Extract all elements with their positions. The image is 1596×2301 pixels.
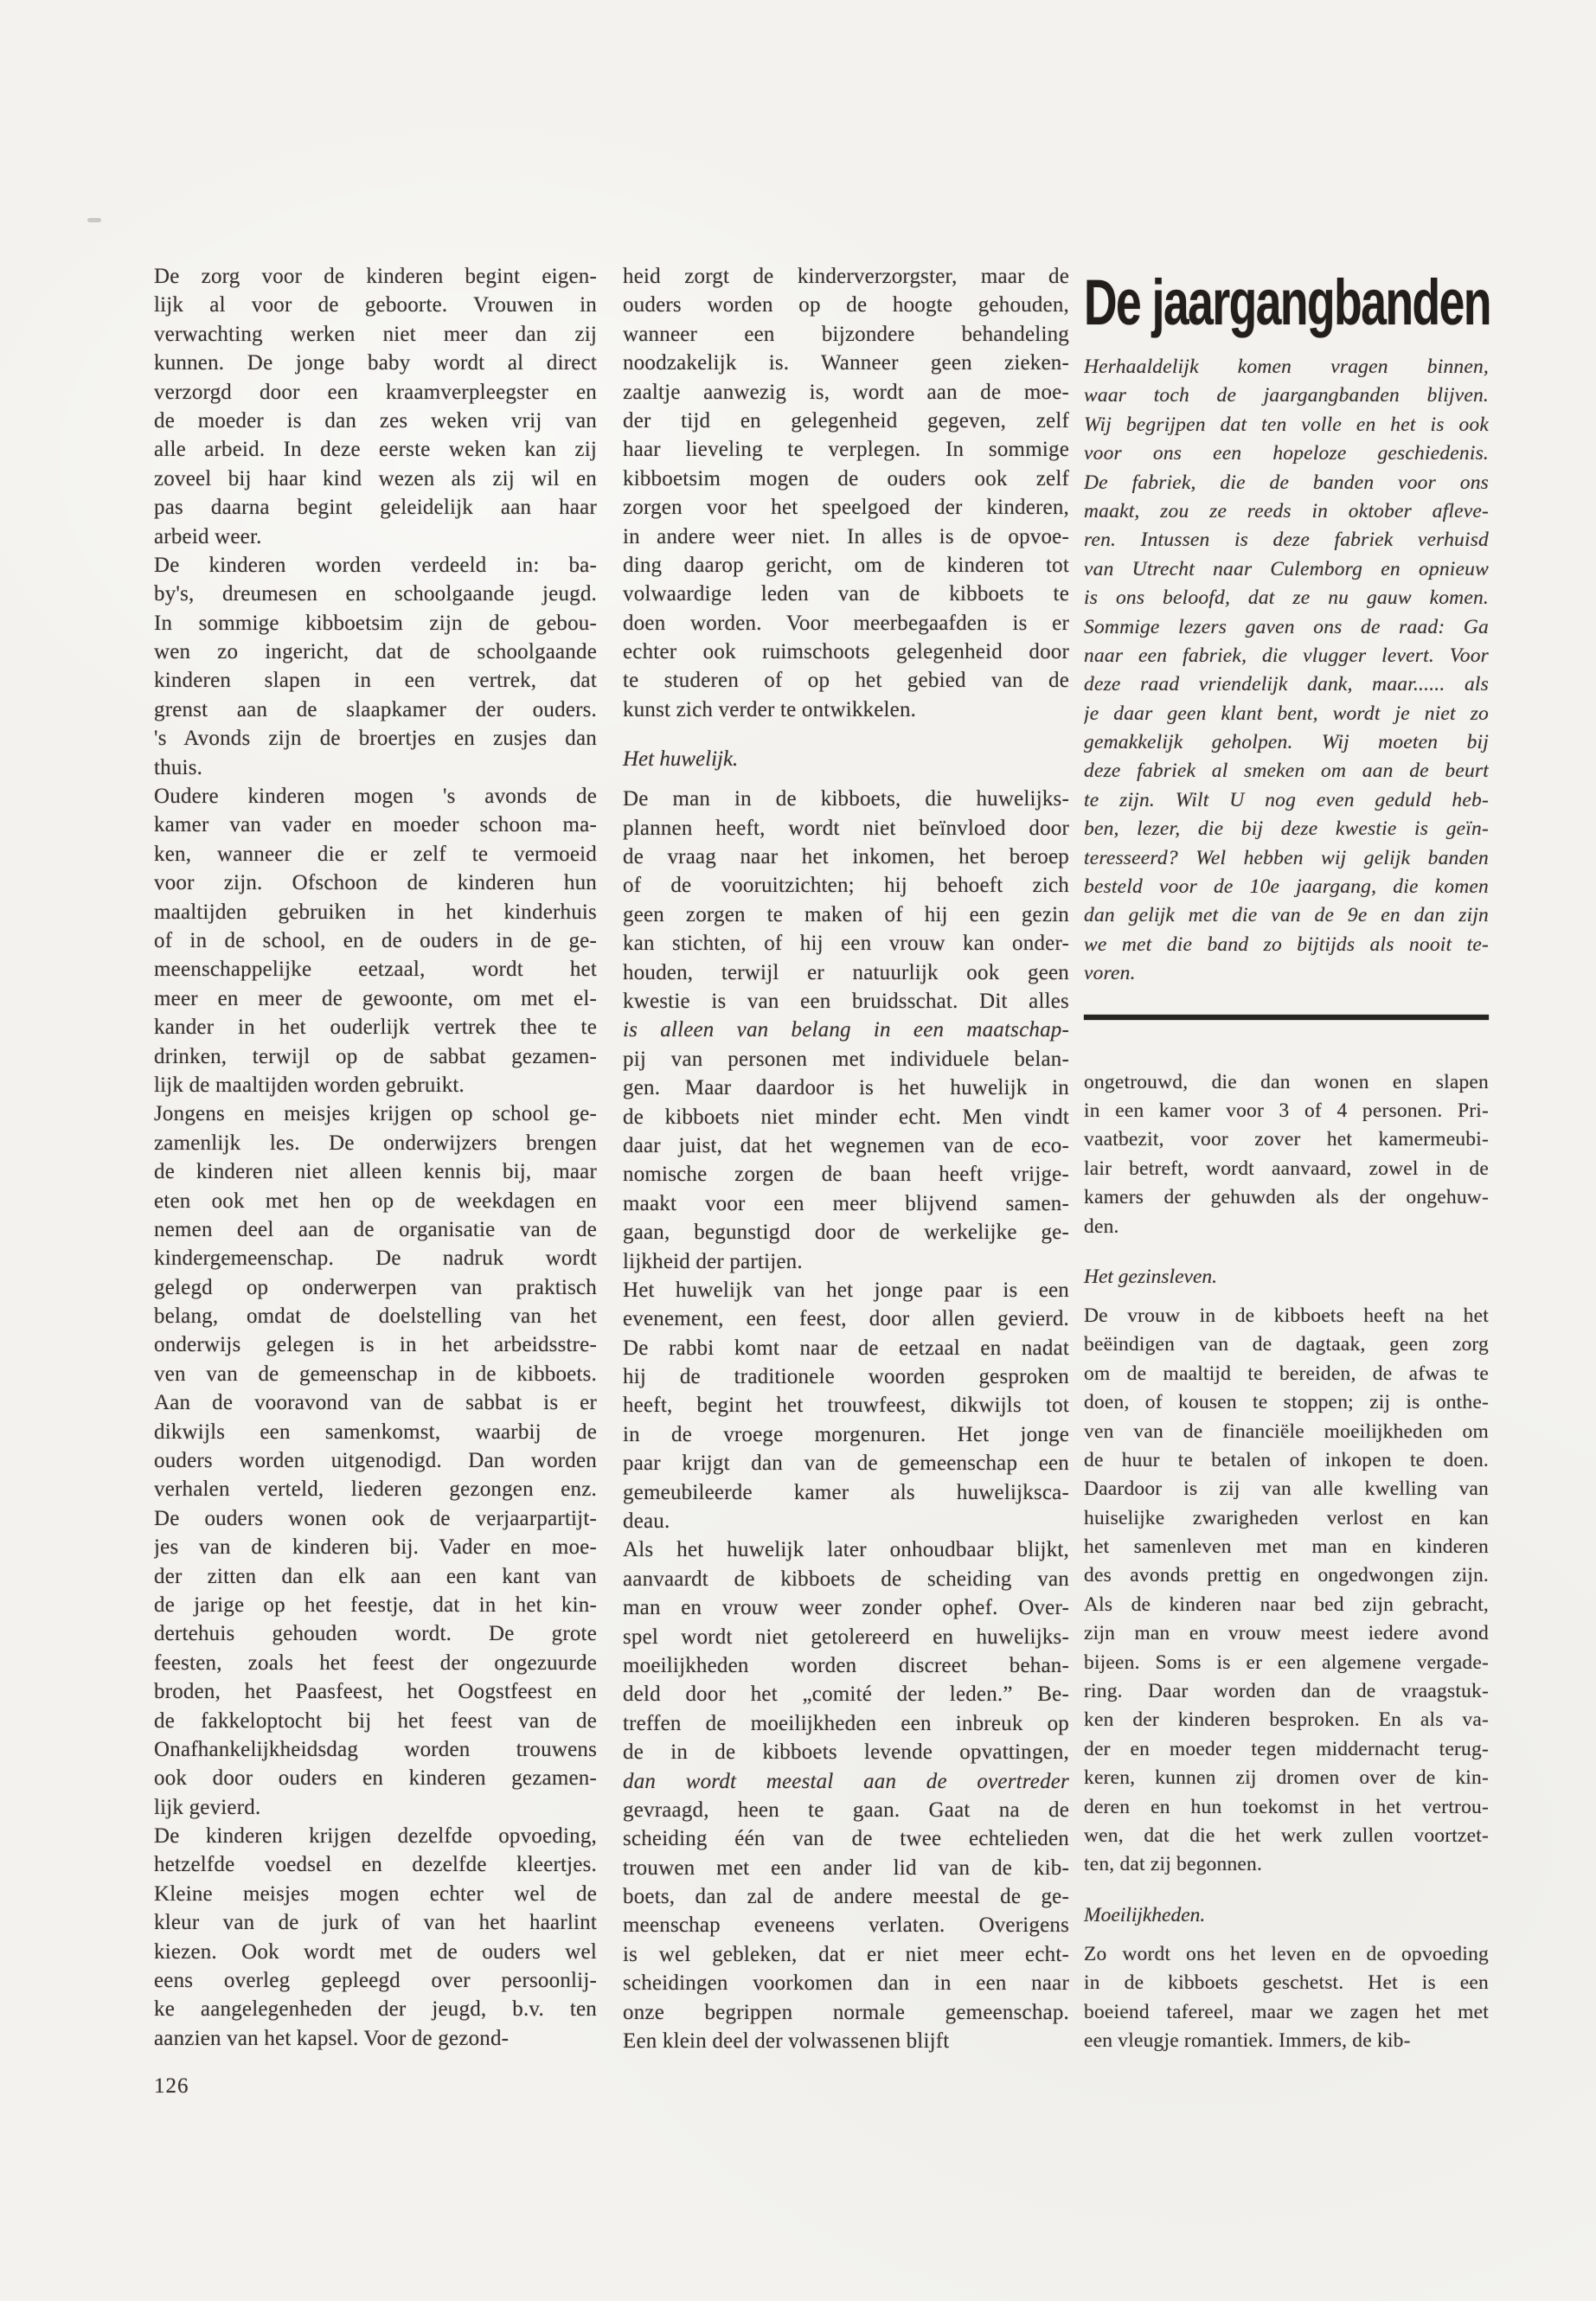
text-line: beëindigen van de dagtaak, geen zorg bbox=[1084, 1330, 1489, 1359]
text-line: ben, lezer, die bij deze kwestie is geïn… bbox=[1084, 815, 1489, 843]
text-line: Zo wordt ons het leven en de opvoeding bbox=[1084, 1940, 1489, 1969]
paragraph: Als het huwelijk later onhoudbaar blijkt… bbox=[623, 1535, 1069, 2055]
text-line: De kinderen krijgen dezelfde opvoeding, bbox=[154, 1822, 597, 1850]
text-line: De ouders wonen ook de verjaarpartijt- bbox=[154, 1504, 597, 1533]
text-line: plannen heeft, wordt niet beïnvloed door bbox=[623, 814, 1069, 843]
text-line: lair betreft, wordt aanvaard, zowel in d… bbox=[1084, 1155, 1489, 1183]
text-line: ouders worden op de hoogte gehouden, bbox=[623, 291, 1069, 319]
text-line: der en moeder tegen middernacht terug- bbox=[1084, 1735, 1489, 1764]
text-line: feesten, zoals het feest der ongezuurde bbox=[154, 1649, 597, 1677]
text-line: den. bbox=[1084, 1213, 1489, 1241]
text-line: boeiend tafereel, maar we zagen het met bbox=[1084, 1998, 1489, 2027]
text-line: meenschappelijke eetzaal, wordt het bbox=[154, 955, 597, 984]
text-line: volwaardige leden van de kibboets te bbox=[623, 580, 1069, 608]
text-line: kibboetsim mogen de ouders ook zelf bbox=[623, 465, 1069, 493]
text-line: kleur van de jurk of van het haarlint bbox=[154, 1908, 597, 1937]
section-heading: Het gezinsleven. bbox=[1084, 1262, 1489, 1292]
text-line: ken der kinderen besproken. En als va- bbox=[1084, 1706, 1489, 1734]
text-line: Jongens en meisjes krijgen op school ge- bbox=[154, 1099, 597, 1128]
text-line: te zijn. Wilt U nog even geduld heb- bbox=[1084, 786, 1489, 815]
text-line: drinken, terwijl op de sabbat gezamen- bbox=[154, 1042, 597, 1071]
text-line: moeilijkheden worden discreet behan- bbox=[623, 1651, 1069, 1680]
text-line: verzorgd door een kraamverpleegster en bbox=[154, 378, 597, 407]
text-line: houden, terwijl er natuurlijk ook geen bbox=[623, 958, 1069, 987]
text-line: in een kamer voor 3 of 4 personen. Pri- bbox=[1084, 1097, 1489, 1125]
magazine-page: De zorg voor de kinderen begint eigen-li… bbox=[0, 0, 1596, 2301]
text-line: in de vroege morgenuren. Het jonge bbox=[623, 1420, 1069, 1449]
text-line: keren, kunnen zij dromen over de kin- bbox=[1084, 1764, 1489, 1792]
text-line: meer en meer de gewoonte, om met el- bbox=[154, 984, 597, 1013]
text-line: voor zijn. Ofschoon de kinderen hun bbox=[154, 868, 597, 897]
text-line: Herhaaldelijk komen vragen binnen, bbox=[1084, 353, 1489, 381]
text-line: deau. bbox=[623, 1507, 1069, 1535]
text-line: gelegd op onderwerpen van praktisch bbox=[154, 1273, 597, 1302]
text-line: De fabriek, die de banden voor ons bbox=[1084, 469, 1489, 497]
paragraph: Oudere kinderen mogen 's avonds dekamer … bbox=[154, 782, 597, 1099]
text-line: in de kibboets geschetst. Het is een bbox=[1084, 1969, 1489, 1997]
scan-speck-artifact bbox=[87, 218, 101, 222]
text-line: wen, dat die het werk zullen voortzet- bbox=[1084, 1822, 1489, 1850]
text-line: broden, het Paasfeest, het Oogstfeest en bbox=[154, 1677, 597, 1706]
text-line: kiezen. Ook wordt met de ouders wel bbox=[154, 1938, 597, 1966]
text-line: is alleen van belang in een maatschap- bbox=[623, 1016, 1069, 1044]
text-line: De kinderen worden verdeeld in: ba- bbox=[154, 551, 597, 580]
text-line: zijn man en vrouw meest iedere avond bbox=[1084, 1619, 1489, 1648]
text-line: kander in het ouderlijk vertrek thee te bbox=[154, 1013, 597, 1042]
text-line: deze fabriek al smeken om aan de beurt bbox=[1084, 757, 1489, 785]
text-line: maakt, zou ze reeds in oktober afleve- bbox=[1084, 497, 1489, 526]
text-line: de moeder is dan zes weken vrij van bbox=[154, 407, 597, 435]
paragraph: De zorg voor de kinderen begint eigen-li… bbox=[154, 262, 597, 551]
text-line: alle arbeid. In deze eerste weken kan zi… bbox=[154, 435, 597, 464]
text-line: besteld voor de 10e jaargang, die komen bbox=[1084, 873, 1489, 901]
text-line: de in de kibboets levende opvattingen, bbox=[623, 1738, 1069, 1766]
text-line: Oudere kinderen mogen 's avonds de bbox=[154, 782, 597, 811]
text-line: kunst zich verder te ontwikkelen. bbox=[623, 695, 1069, 724]
text-line: verwachting werken niet meer dan zij bbox=[154, 320, 597, 349]
paragraph: De vrouw in de kibboets heeft na hetbeëi… bbox=[1084, 1302, 1489, 1880]
text-line: doen, of kousen te stoppen; zij is onthe… bbox=[1084, 1388, 1489, 1417]
text-line: treffen de moeilijkheden een inbreuk op bbox=[623, 1709, 1069, 1738]
text-line: aanzien van het kapsel. Voor de gezond- bbox=[154, 2024, 597, 2053]
text-line: De man in de kibboets, die huwelijks- bbox=[623, 785, 1069, 813]
text-line: scheiding één van de twee echtelieden bbox=[623, 1824, 1069, 1853]
paragraph: Herhaaldelijk komen vragen binnen,waar t… bbox=[1084, 353, 1489, 989]
text-line: daar juist, dat het wegnemen van de eco- bbox=[623, 1131, 1069, 1160]
text-line: lijk al voor de geboorte. Vrouwen in bbox=[154, 291, 597, 319]
text-line: kan stichten, of hij een vrouw kan onder… bbox=[623, 929, 1069, 958]
text-line: onze begrippen normale gemeenschap. bbox=[623, 1998, 1069, 2027]
sidebar-article-title: De jaargangbanden bbox=[1084, 268, 1375, 337]
text-line: is ons beloofd, dat ze nu gauw komen. bbox=[1084, 584, 1489, 612]
text-line: ding daarop gericht, om de kinderen tot bbox=[623, 551, 1069, 580]
text-line: ren. Intussen is deze fabriek verhuisd bbox=[1084, 526, 1489, 554]
page-number: 126 bbox=[154, 2074, 189, 2099]
text-line: zamenlijk les. De onderwijzers brengen bbox=[154, 1129, 597, 1157]
text-line: pas daarna begint geleidelijk aan haar bbox=[154, 493, 597, 522]
text-line: dertehuis gehouden wordt. De grote bbox=[154, 1619, 597, 1648]
text-line: ven van de financiële moeilijkheden om bbox=[1084, 1418, 1489, 1446]
text-line: dikwijls een samenkomst, waarbij de bbox=[154, 1418, 597, 1446]
paragraph: De kinderen worden verdeeld in: ba-by's,… bbox=[154, 551, 597, 782]
text-line: wen zo ingericht, dat de schoolgaande bbox=[154, 638, 597, 666]
text-line: nemen deel aan de organisatie van de bbox=[154, 1215, 597, 1244]
text-line: De vrouw in de kibboets heeft na het bbox=[1084, 1302, 1489, 1330]
text-line: spel wordt niet getolereerd en huwelijks… bbox=[623, 1623, 1069, 1651]
divider-rule bbox=[1084, 1015, 1489, 1020]
text-line: Kleine meisjes mogen echter wel de bbox=[154, 1880, 597, 1908]
text-line: der zitten dan elk aan een kant van bbox=[154, 1562, 597, 1591]
text-line: Als het huwelijk later onhoudbaar blijkt… bbox=[623, 1535, 1069, 1564]
text-line: voor ons een hopeloze geschiedenis. bbox=[1084, 439, 1489, 468]
text-line: kinderen slapen in een vertrek, dat bbox=[154, 666, 597, 695]
section-heading: Het huwelijk. bbox=[623, 745, 1069, 774]
text-line: ke aangelegenheden der jeugd, b.v. ten bbox=[154, 1995, 597, 2023]
text-line: of de vooruitzichten; hij behoeft zich bbox=[623, 871, 1069, 900]
text-line: des avonds prettig en ongedwongen zijn. bbox=[1084, 1561, 1489, 1590]
text-line: dan wordt meestal aan de overtreder bbox=[623, 1767, 1069, 1796]
text-line: 's Avonds zijn de broertjes en zusjes da… bbox=[154, 724, 597, 753]
text-line: in andere weer niet. In alles is de opvo… bbox=[623, 522, 1069, 551]
text-line: we met die band zo bijtijds als nooit te… bbox=[1084, 931, 1489, 959]
sidebar-article-body: Herhaaldelijk komen vragen binnen,waar t… bbox=[1084, 353, 1489, 2055]
text-line: ook door ouders en kinderen gezamen- bbox=[154, 1764, 597, 1792]
paragraph: De kinderen krijgen dezelfde opvoeding,h… bbox=[154, 1822, 597, 2053]
text-line: te studeren of op het gebied van de bbox=[623, 666, 1069, 695]
text-line: grenst aan de slaapkamer der ouders. bbox=[154, 695, 597, 724]
text-line: thuis. bbox=[154, 753, 597, 782]
text-line: ten, dat zij begonnen. bbox=[1084, 1850, 1489, 1879]
text-line: de kibboets niet minder echt. Men vindt bbox=[623, 1103, 1069, 1131]
text-line: nomische zorgen de baan heeft vrijge- bbox=[623, 1160, 1069, 1189]
text-line: een vleugje romantiek. Immers, de kib- bbox=[1084, 2027, 1489, 2055]
paragraph: Het huwelijk van het jonge paar is eenev… bbox=[623, 1276, 1069, 1536]
right-sidebar-column: De jaargangbanden Herhaaldelijk komen vr… bbox=[1084, 268, 1489, 2055]
text-line: aanvaardt de kibboets de scheiding van bbox=[623, 1565, 1069, 1593]
text-line: gemeubileerde kamer als huwelijksca- bbox=[623, 1478, 1069, 1507]
text-line: kunnen. De jonge baby wordt al direct bbox=[154, 349, 597, 377]
text-line: deld door het „comité der leden.” Be- bbox=[623, 1680, 1069, 1708]
text-line: maaltijden gebruiken in het kinderhuis bbox=[154, 898, 597, 926]
text-line: gevraagd, heen te gaan. Gaat na de bbox=[623, 1796, 1069, 1824]
text-line: het samenleven met man en kinderen bbox=[1084, 1533, 1489, 1561]
text-line: teresseerd? Wel hebben wij gelijk banden bbox=[1084, 844, 1489, 873]
text-line: De zorg voor de kinderen begint eigen- bbox=[154, 262, 597, 291]
text-line: man en vrouw weer zonder ophef. Over- bbox=[623, 1593, 1069, 1622]
text-line: deren en hun toekomst in het vertrou- bbox=[1084, 1793, 1489, 1822]
text-line: ouders worden uitgenodigd. Dan worden bbox=[154, 1446, 597, 1475]
text-line: Als de kinderen naar bed zijn gebracht, bbox=[1084, 1591, 1489, 1619]
text-line: dan gelijk met die van de 9e en dan zijn bbox=[1084, 901, 1489, 930]
text-line: zorgen voor het speelgoed der kinderen, bbox=[623, 493, 1069, 522]
text-line: haar lieveling te verplegen. In sommige bbox=[623, 435, 1069, 464]
text-line: jes van de kinderen bij. Vader en moe- bbox=[154, 1533, 597, 1561]
text-line: ven van de gemeenschap in de kibboets. bbox=[154, 1360, 597, 1388]
text-line: lijkheid der partijen. bbox=[623, 1247, 1069, 1276]
text-line: de fakkeloptocht bij het feest van de bbox=[154, 1707, 597, 1735]
text-line: boets, dan zal de andere meestal de ge- bbox=[623, 1882, 1069, 1911]
text-line: van Utrecht naar Culemborg en opnieuw bbox=[1084, 555, 1489, 584]
text-line: gemakkelijk geholpen. Wij moeten bij bbox=[1084, 728, 1489, 757]
text-line: lijk gevierd. bbox=[154, 1793, 597, 1822]
text-line: In sommige kibboetsim zijn de gebou- bbox=[154, 609, 597, 638]
text-line: verhalen verteld, liederen gezongen enz. bbox=[154, 1475, 597, 1503]
text-line: om de maaltijd te bereiden, de afwas te bbox=[1084, 1360, 1489, 1388]
text-line: Daardoor is zij van alle kwelling van bbox=[1084, 1475, 1489, 1503]
text-line: Onafhankelijkheidsdag worden trouwens bbox=[154, 1735, 597, 1764]
section-heading: Moeilijkheden. bbox=[1084, 1900, 1489, 1930]
text-line: vaatbezit, voor zover het kamermeubi- bbox=[1084, 1125, 1489, 1154]
text-line: onderwijs gelegen is in het arbeidsstre- bbox=[154, 1330, 597, 1359]
text-line: ring. Daar worden dan de vraagstuk- bbox=[1084, 1677, 1489, 1706]
text-line: je daar geen klant bent, wordt je niet z… bbox=[1084, 700, 1489, 728]
text-line: heid zorgt de kinderverzorgster, maar de bbox=[623, 262, 1069, 291]
text-line: de vraag naar het inkomen, het beroep bbox=[623, 843, 1069, 871]
text-line: wanneer een bijzondere behandeling bbox=[623, 320, 1069, 349]
text-line: deze raad vriendelijk dank, maar...... a… bbox=[1084, 670, 1489, 699]
text-line: echter ook ruimschoots gelegenheid door bbox=[623, 638, 1069, 666]
text-line: kamer van vader en moeder schoon ma- bbox=[154, 811, 597, 839]
text-line: Wij begrijpen dat ten volle en het is oo… bbox=[1084, 411, 1489, 439]
text-line: heeft, begint het trouwfeest, dikwijls t… bbox=[623, 1391, 1069, 1420]
text-line: Een klein deel der volwassenen blijft bbox=[623, 2027, 1069, 2055]
text-line: belang, omdat de doelstelling van het bbox=[154, 1302, 597, 1330]
text-line: is wel gebleken, dat er niet meer echt- bbox=[623, 1940, 1069, 1969]
text-line: kindergemeenschap. De nadruk wordt bbox=[154, 1244, 597, 1272]
paragraph: Jongens en meisjes krijgen op school ge-… bbox=[154, 1099, 597, 1822]
text-line: paar krijgt dan van de gemeenschap een bbox=[623, 1449, 1069, 1477]
paragraph: Zo wordt ons het leven en de opvoedingin… bbox=[1084, 1940, 1489, 2056]
text-line: bijeen. Soms is er een algemene vergade- bbox=[1084, 1649, 1489, 1677]
text-line: meenschap eveneens verlaten. Overigens bbox=[623, 1911, 1069, 1939]
text-line: geen zorgen te maken of hij een gezin bbox=[623, 901, 1069, 929]
middle-text-column: heid zorgt de kinderverzorgster, maar de… bbox=[623, 262, 1069, 2055]
paragraph: heid zorgt de kinderverzorgster, maar de… bbox=[623, 262, 1069, 724]
text-line: voren. bbox=[1084, 959, 1489, 988]
text-line: lijk de maaltijden worden gebruikt. bbox=[154, 1071, 597, 1099]
text-line: eten ook met hen op de weekdagen en bbox=[154, 1187, 597, 1215]
text-line: evenement, een feest, door allen gevierd… bbox=[623, 1304, 1069, 1333]
text-line: zaaltje aanwezig is, wordt aan de moe- bbox=[623, 378, 1069, 407]
text-line: gaan, begunstigd door de werkelijke ge- bbox=[623, 1218, 1069, 1247]
text-line: ongetrouwd, die dan wonen en slapen bbox=[1084, 1068, 1489, 1097]
text-line: arbeid weer. bbox=[154, 522, 597, 551]
text-line: der tijd en gelegenheid gegeven, zelf bbox=[623, 407, 1069, 435]
paragraph: ongetrouwd, die dan wonen en slapenin ee… bbox=[1084, 1068, 1489, 1241]
text-line: Aan de vooravond van de sabbat is er bbox=[154, 1388, 597, 1417]
text-line: hetzelfde voedsel en dezelfde kleertjes. bbox=[154, 1850, 597, 1879]
text-line: De rabbi komt naar de eetzaal en nadat bbox=[623, 1334, 1069, 1362]
text-line: kamers der gehuwden als der ongehuw- bbox=[1084, 1183, 1489, 1212]
text-line: huiselijke zwarigheden verlost en kan bbox=[1084, 1504, 1489, 1533]
text-line: waar toch de jaargangbanden blijven. bbox=[1084, 381, 1489, 410]
text-line: doen worden. Voor meerbegaafden is er bbox=[623, 609, 1069, 638]
text-line: by's, dreumesen en schoolgaande jeugd. bbox=[154, 580, 597, 608]
text-line: Het huwelijk van het jonge paar is een bbox=[623, 1276, 1069, 1304]
text-line: ken, wanneer die er zelf te vermoeid bbox=[154, 840, 597, 868]
text-line: of in de school, en de ouders in de ge- bbox=[154, 926, 597, 955]
text-line: maakt voor een meer blijvend samen- bbox=[623, 1189, 1069, 1218]
text-line: hij de traditionele woorden gesproken bbox=[623, 1362, 1069, 1391]
text-line: Sommige lezers gaven ons de raad: Ga bbox=[1084, 613, 1489, 642]
text-line: trouwen met een ander lid van de kib- bbox=[623, 1854, 1069, 1882]
text-line: kwestie is van een bruidsschat. Dit alle… bbox=[623, 987, 1069, 1016]
text-line: de kinderen niet alleen kennis bij, maar bbox=[154, 1157, 597, 1186]
text-line: noodzakelijk is. Wanneer geen zieken- bbox=[623, 349, 1069, 377]
text-line: de jarige op het feestje, dat in het kin… bbox=[154, 1591, 597, 1619]
text-line: naar een fabriek, die vlugger levert. Vo… bbox=[1084, 642, 1489, 670]
text-line: eens overleg gepleegd over persoonlij- bbox=[154, 1966, 597, 1995]
text-line: gen. Maar daardoor is het huwelijk in bbox=[623, 1074, 1069, 1102]
text-line: pij van personen met individuele belan- bbox=[623, 1045, 1069, 1074]
left-text-column: De zorg voor de kinderen begint eigen-li… bbox=[154, 262, 597, 2053]
text-line: de huur te betalen of inkopen te doen. bbox=[1084, 1446, 1489, 1475]
text-line: scheidingen voorkomen dan in een naar bbox=[623, 1969, 1069, 1997]
text-line: zoveel bij haar kind wezen als zij wil e… bbox=[154, 465, 597, 493]
paragraph: De man in de kibboets, die huwelijks-pla… bbox=[623, 785, 1069, 1276]
